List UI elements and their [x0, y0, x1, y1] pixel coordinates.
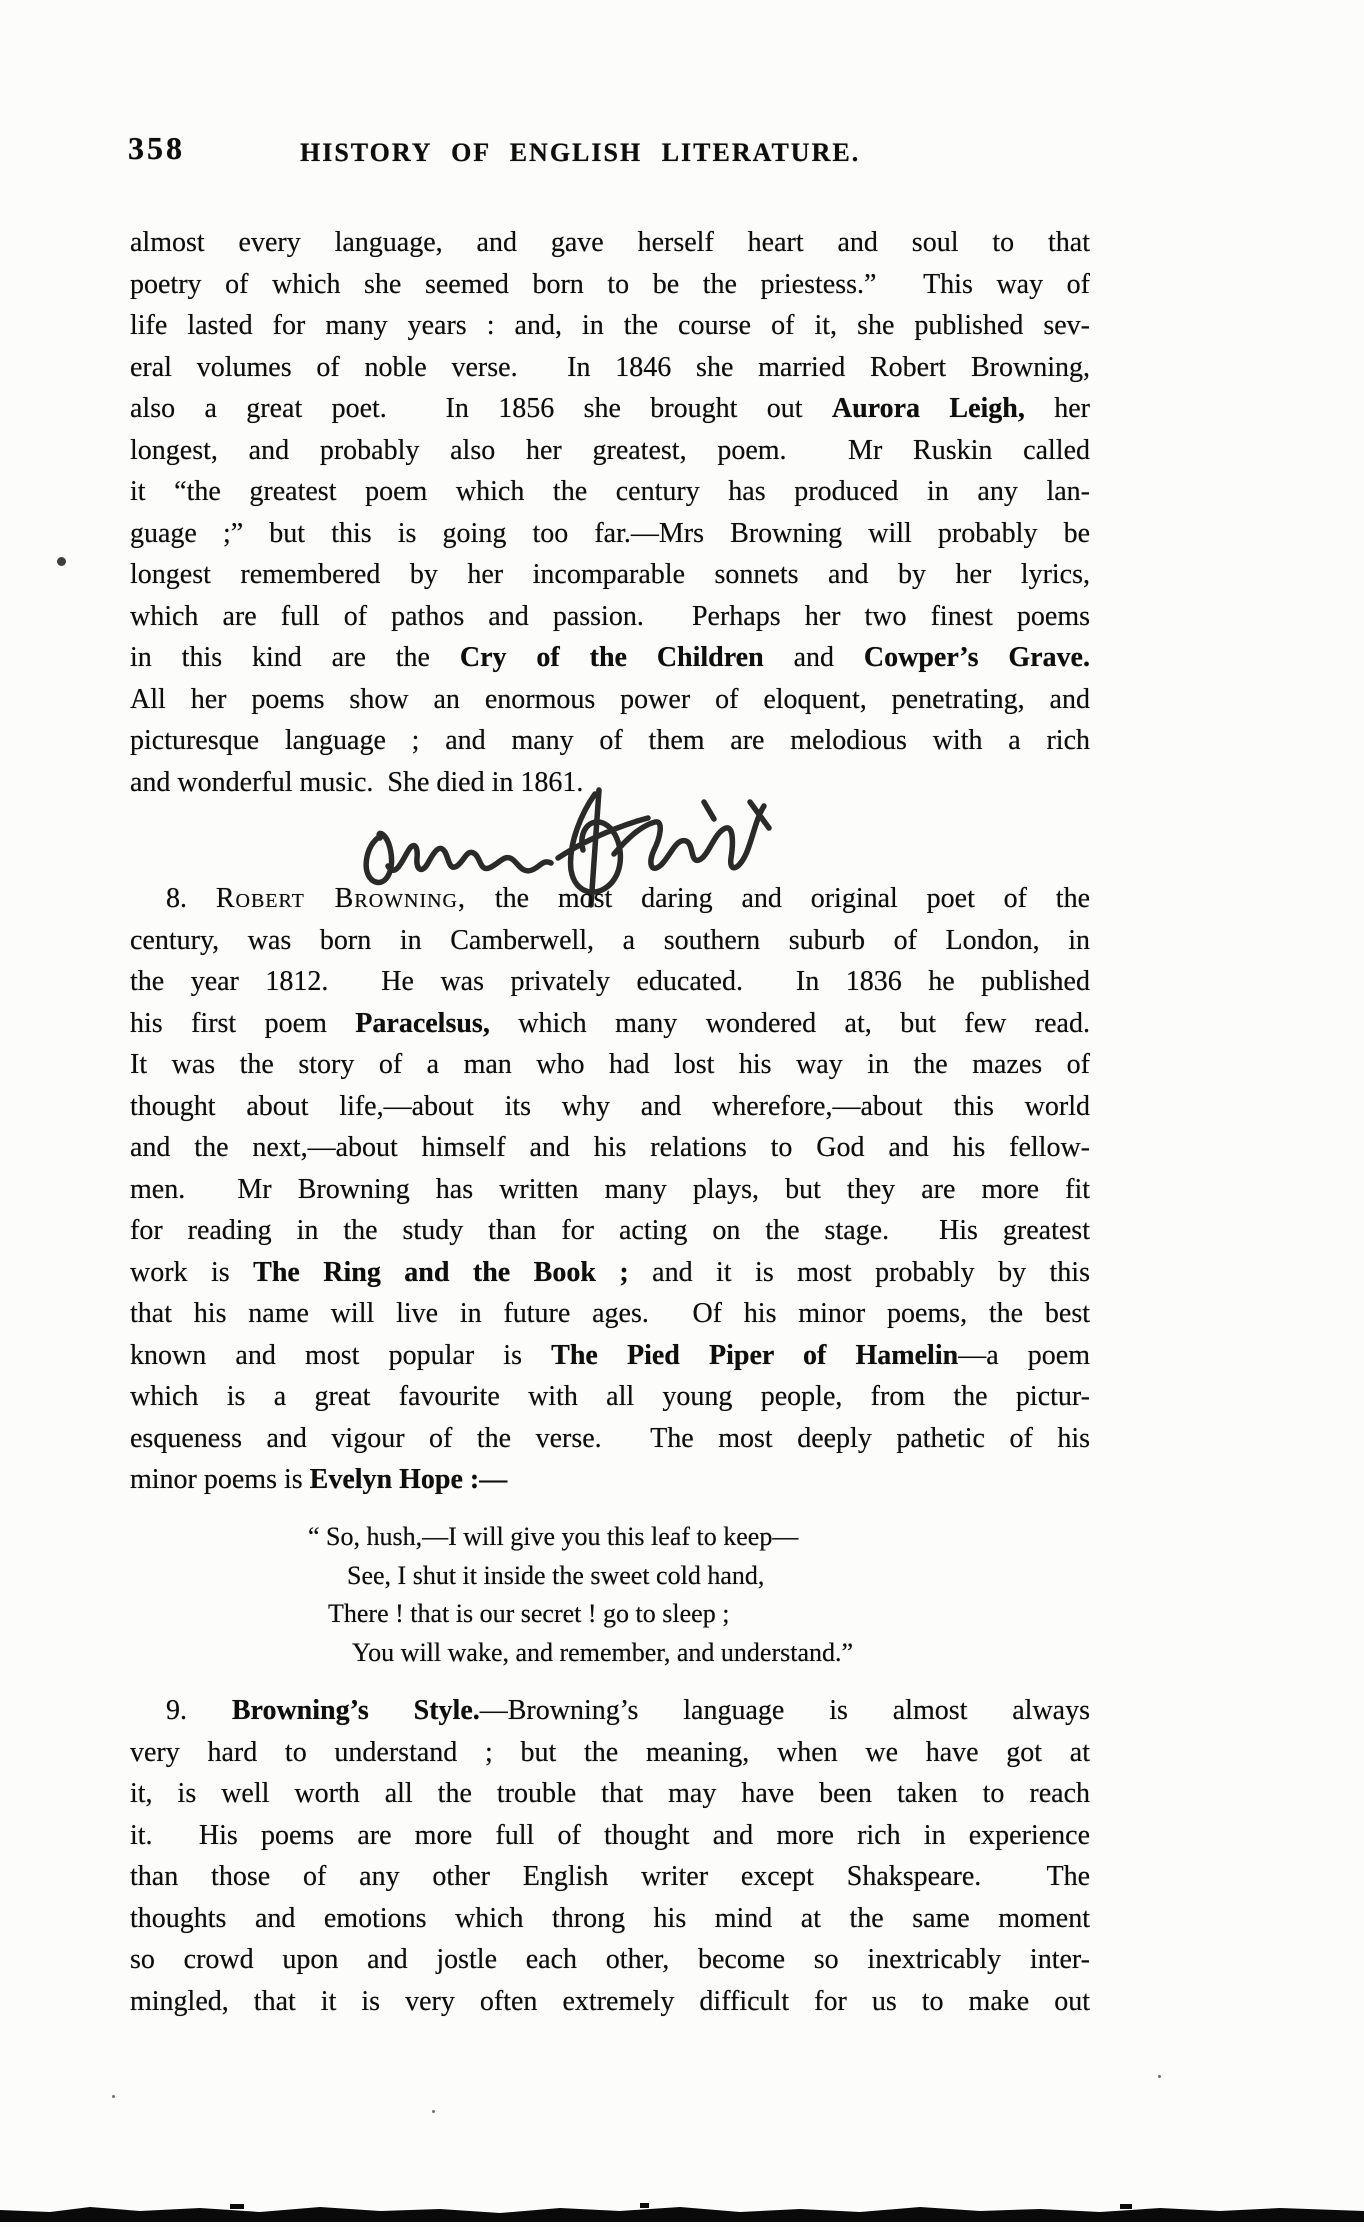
text-line: the year 1812. He was privately educated…	[130, 961, 1090, 1003]
text-line: which are full of pathos and passion. Pe…	[130, 596, 1090, 638]
text-line: that his name will live in future ages. …	[130, 1293, 1090, 1335]
margin-dot-artifact	[57, 557, 66, 566]
text-line: known and most popular is The Pied Piper…	[130, 1335, 1090, 1377]
text-line: work is The Ring and the Book ; and it i…	[130, 1252, 1090, 1294]
text-line: which is a great favourite with all youn…	[130, 1376, 1090, 1418]
text-line: There ! that is our secret ! go to sleep…	[328, 1595, 1090, 1634]
text-line: “ So, hush,—I will give you this leaf to…	[308, 1518, 1090, 1557]
text-line: it. His poems are more full of thought a…	[130, 1815, 1090, 1857]
text-line: longest, and probably also her greatest,…	[130, 430, 1090, 472]
text-line: 8. Robert Browning, the most daring and …	[130, 878, 1090, 920]
scan-speck	[112, 2095, 115, 2098]
text-line: in this kind are the Cry of the Children…	[130, 637, 1090, 679]
text-line: mingled, that it is very often extremely…	[130, 1981, 1090, 2023]
running-header-title: HISTORY OF ENGLISH LITERATURE.	[300, 138, 840, 168]
text-line: than those of any other English writer e…	[130, 1856, 1090, 1898]
text-line: and the next,—about himself and his rela…	[130, 1127, 1090, 1169]
section-9-brownings-style: 9. Browning’s Style.—Browning’s language…	[130, 1690, 1090, 2022]
paragraph-mrs-browning: almost every language, and gave herself …	[130, 222, 1090, 803]
text-line: it, is well worth all the trouble that m…	[130, 1773, 1090, 1815]
text-line: 9. Browning’s Style.—Browning’s language…	[130, 1690, 1090, 1732]
text-line: also a great poet. In 1856 she brought o…	[130, 388, 1090, 430]
text-line: See, I shut it inside the sweet cold han…	[347, 1557, 1090, 1596]
text-line: poetry of which she seemed born to be th…	[130, 264, 1090, 306]
text-line: You will wake, and remember, and underst…	[352, 1634, 1090, 1673]
text-line: longest remembered by her incomparable s…	[130, 554, 1090, 596]
scan-edge-artifact	[0, 2198, 1364, 2227]
page-number: 358	[128, 130, 185, 167]
text-line: century, was born in Camberwell, a south…	[130, 920, 1090, 962]
scan-speck	[432, 2110, 435, 2113]
scan-speck	[1158, 2075, 1161, 2078]
text-line: it “the greatest poem which the century …	[130, 471, 1090, 513]
text-line: guage ;” but this is going too far.—Mrs …	[130, 513, 1090, 555]
text-line: thoughts and emotions which throng his m…	[130, 1898, 1090, 1940]
text-line: eral volumes of noble verse. In 1846 she…	[130, 347, 1090, 389]
text-line: All her poems show an enormous power of …	[130, 679, 1090, 721]
text-line: minor poems is Evelyn Hope :—	[130, 1459, 1090, 1501]
text-line: It was the story of a man who had lost h…	[130, 1044, 1090, 1086]
text-line: men. Mr Browning has written many plays,…	[130, 1169, 1090, 1211]
verse-quote-evelyn-hope: “ So, hush,—I will give you this leaf to…	[130, 1518, 1090, 1672]
section-8-robert-browning: 8. Robert Browning, the most daring and …	[130, 878, 1090, 1501]
text-line: for reading in the study than for acting…	[130, 1210, 1090, 1252]
text-line: picturesque language ; and many of them …	[130, 720, 1090, 762]
text-line: so crowd upon and jostle each other, bec…	[130, 1939, 1090, 1981]
text-line: very hard to understand ; but the meanin…	[130, 1732, 1090, 1774]
text-line: almost every language, and gave herself …	[130, 222, 1090, 264]
text-line: life lasted for many years : and, in the…	[130, 305, 1090, 347]
text-line: his first poem Paracelsus, which many wo…	[130, 1003, 1090, 1045]
text-line: esqueness and vigour of the verse. The m…	[130, 1418, 1090, 1460]
scanned-book-page: 358 HISTORY OF ENGLISH LITERATURE. almos…	[0, 0, 1364, 2227]
text-line: thought about life,—about its why and wh…	[130, 1086, 1090, 1128]
